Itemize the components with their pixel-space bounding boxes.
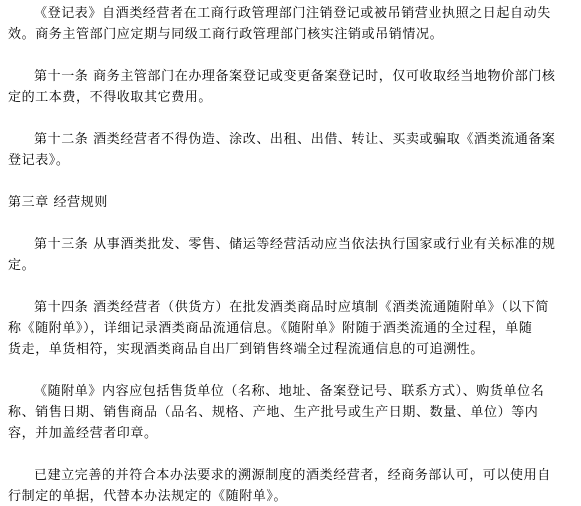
text-line: 已建立完善的并符合本办法要求的溯源制度的酒类经营者，经商务部认可，可以使用自 (8, 465, 581, 486)
text-line: 第十四条 酒类经营者（供货方）在批发酒类商品时应填制《酒类流通随附单》（以下简 (8, 297, 581, 318)
text-line: 效。商务主管部门应定期与同级工商行政管理部门核实注销或吊销情况。 (8, 24, 581, 45)
text-line: 登记表》。 (8, 150, 581, 171)
paragraph-registration-expiry: 《登记表》自酒类经营者在工商行政管理部门注销登记或被吊销营业执照之日起自动失 效… (8, 3, 581, 45)
text-line: 第十二条 酒类经营者不得伪造、涂改、出租、出借、转让、买卖或骗取《酒类流通备案 (8, 129, 581, 150)
article-11: 第十一条 商务主管部门在办理备案登记或变更备案登记时，仅可收取经当地物价部门核 … (8, 66, 581, 108)
text-line: 《随附单》内容应包括售货单位（名称、地址、备案登记号、联系方式）、购货单位名 (8, 381, 581, 402)
text-line: 定。 (8, 255, 581, 276)
text-line: 第十三条 从事酒类批发、零售、储运等经营活动应当依法执行国家或行业有关标准的规 (8, 234, 581, 255)
text-line: 行制定的单据，代替本办法规定的《随附单》。 (8, 486, 581, 506)
text-line: 称、销售日期、销售商品（品名、规格、产地、生产批号或生产日期、数量、单位）等内 (8, 402, 581, 423)
article-13: 第十三条 从事酒类批发、零售、储运等经营活动应当依法执行国家或行业有关标准的规 … (8, 234, 581, 276)
text-line: 容，并加盖经营者印章。 (8, 423, 581, 444)
paragraph-slip-contents: 《随附单》内容应包括售货单位（名称、地址、备案登记号、联系方式）、购货单位名 称… (8, 381, 581, 444)
chapter-title: 第三章 经营规则 (8, 192, 581, 213)
text-line: 称《随附单》），详细记录酒类商品流通信息。《随附单》附随于酒类流通的全过程，单随 (8, 318, 581, 339)
chapter-heading: 第三章 经营规则 (8, 192, 581, 213)
text-line: 货走，单货相符，实现酒类商品自出厂到销售终端全过程流通信息的可追溯性。 (8, 339, 581, 360)
text-line: 定的工本费，不得收取其它费用。 (8, 87, 581, 108)
paragraph-self-made-slip: 已建立完善的并符合本办法要求的溯源制度的酒类经营者，经商务部认可，可以使用自 行… (8, 465, 581, 506)
text-line: 《登记表》自酒类经营者在工商行政管理部门注销登记或被吊销营业执照之日起自动失 (8, 3, 581, 24)
article-14: 第十四条 酒类经营者（供货方）在批发酒类商品时应填制《酒类流通随附单》（以下简 … (8, 297, 581, 360)
document-body: 《登记表》自酒类经营者在工商行政管理部门注销登记或被吊销营业执照之日起自动失 效… (0, 0, 581, 506)
article-12: 第十二条 酒类经营者不得伪造、涂改、出租、出借、转让、买卖或骗取《酒类流通备案 … (8, 129, 581, 171)
text-line: 第十一条 商务主管部门在办理备案登记或变更备案登记时，仅可收取经当地物价部门核 (8, 66, 581, 87)
